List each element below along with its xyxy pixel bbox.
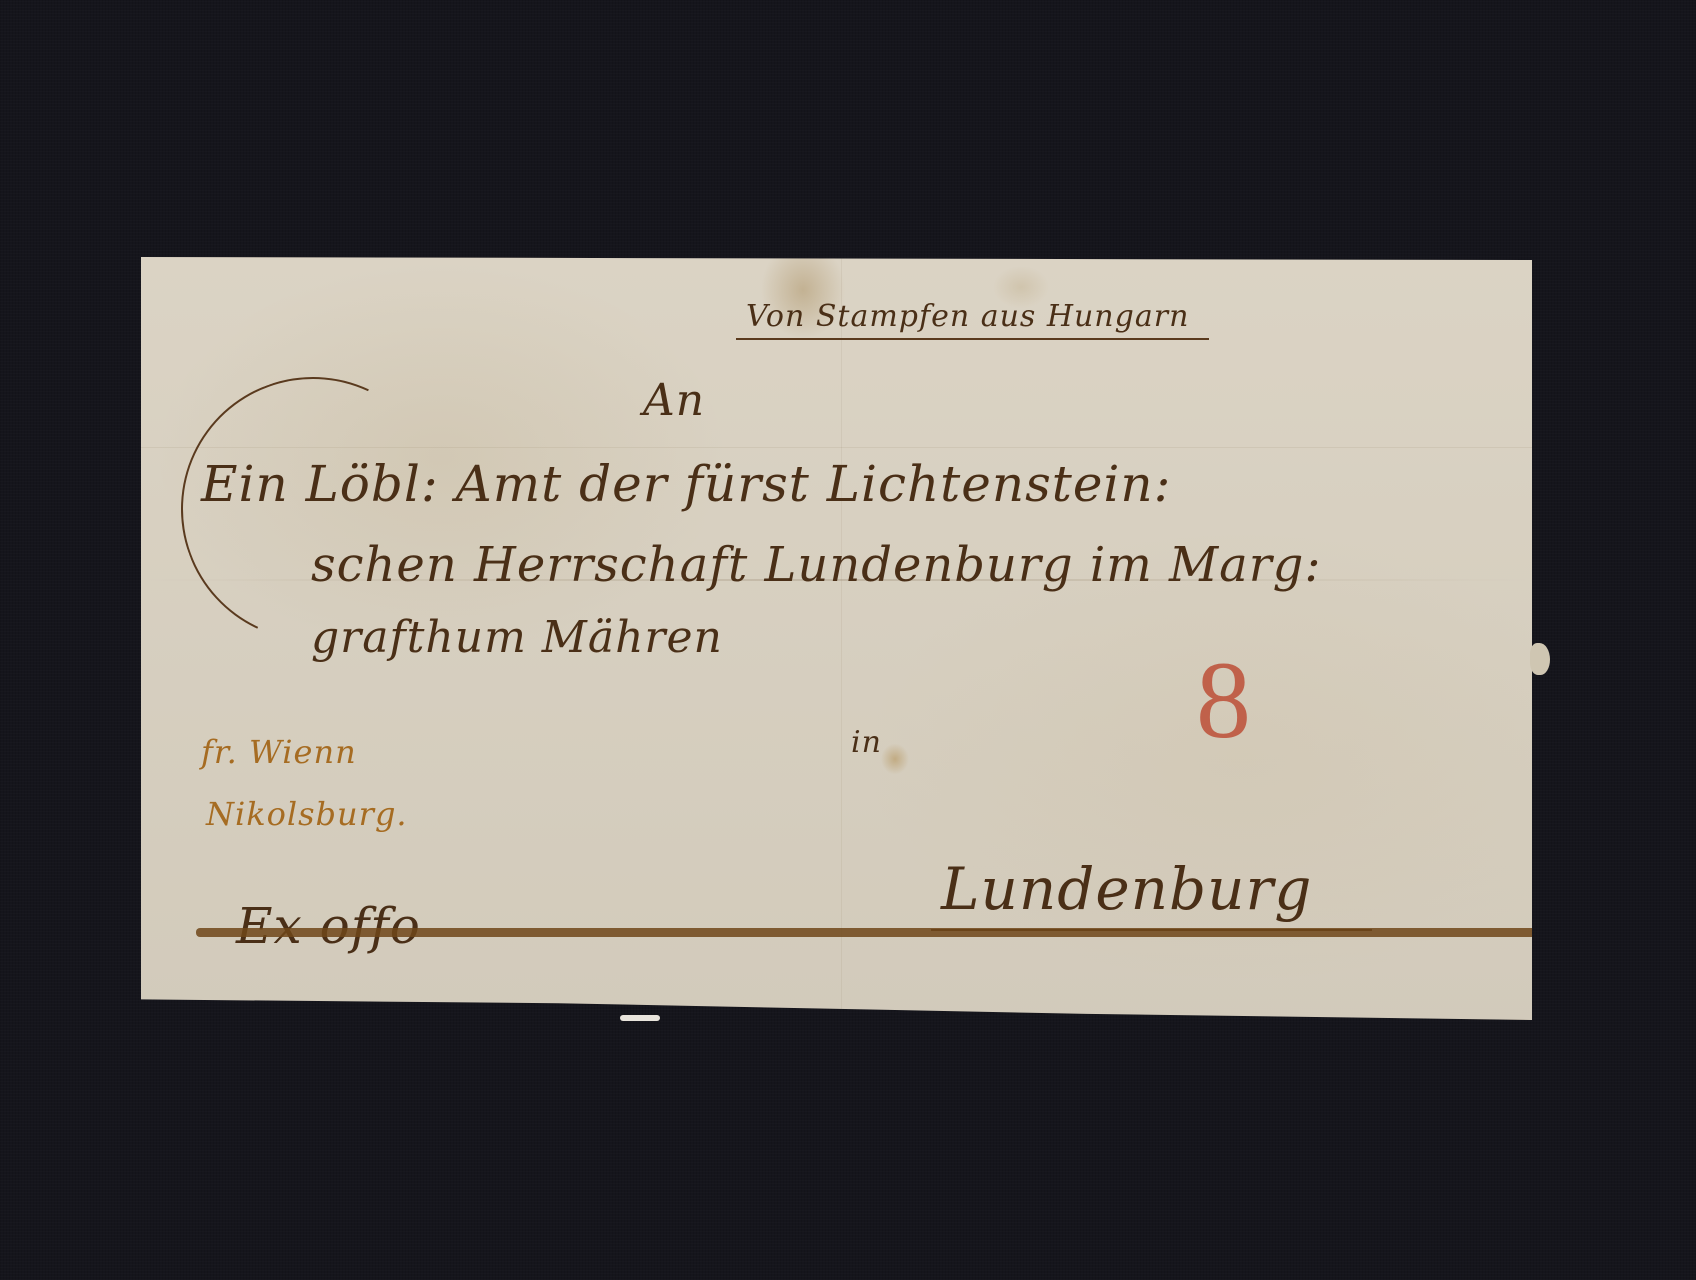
struck-out-note: Ex offo — [236, 897, 1627, 955]
address-line-2: schen Herrschaft Lundenburg im Marg: — [311, 537, 1322, 593]
address-line-3: grafthum Mähren — [311, 612, 723, 663]
paper-tear — [620, 1015, 660, 1021]
address-line-1: Ein Löbl: Amt der fürst Lichtenstein: — [201, 455, 1171, 513]
letter-paper: Von Stampfen aus Hungarn An Ein Löbl: Am… — [141, 257, 1532, 1020]
top-note: Von Stampfen aus Hungarn — [736, 299, 1209, 340]
preposition: in — [851, 725, 882, 760]
torn-paper-scrap — [1530, 643, 1550, 675]
salutation: An — [643, 375, 705, 426]
postal-routing-line-1: fr. Wienn — [201, 733, 357, 771]
rate-mark: 8 — [1196, 637, 1252, 764]
postal-routing-line-2: Nikolsburg. — [206, 795, 408, 833]
